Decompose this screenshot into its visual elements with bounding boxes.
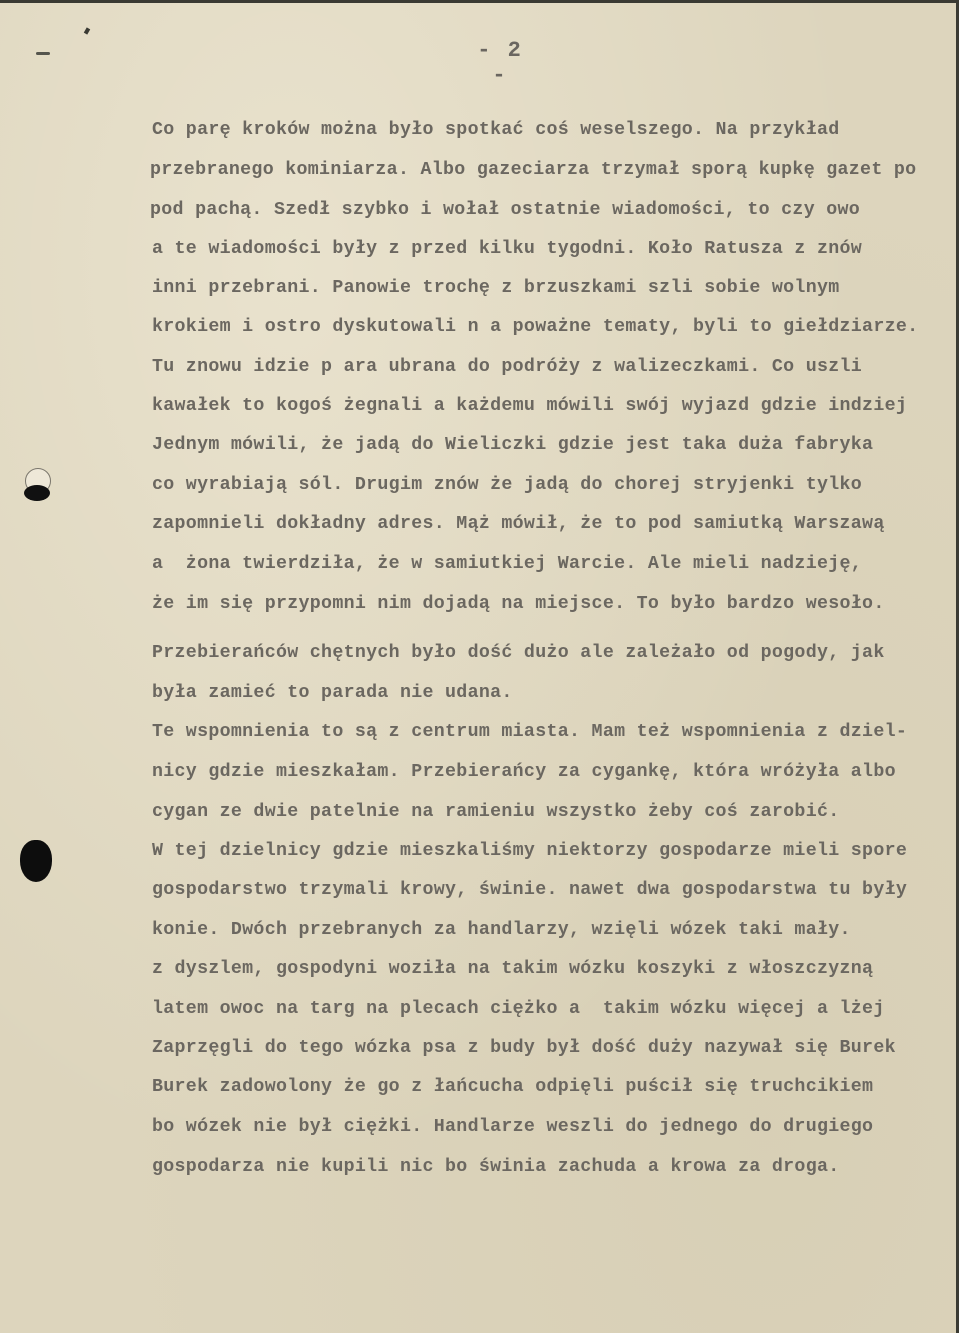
- text-line: a żona twierdziła, że w samiutkiej Warci…: [152, 552, 862, 576]
- text-line: Zaprzęgli do tego wózka psa z budy był d…: [152, 1036, 896, 1060]
- text-line: że im się przypomni nim dojadą na miejsc…: [152, 592, 885, 616]
- text-line: Przebierańców chętnych było dość dużo al…: [152, 641, 885, 665]
- text-line: latem owoc na targ na plecach ciężko a t…: [152, 997, 885, 1021]
- text-line: była zamieć to parada nie udana.: [152, 681, 513, 705]
- text-line: Co parę kroków można było spotkać coś we…: [152, 118, 840, 142]
- punch-hole-shadow-icon: [24, 485, 50, 501]
- text-line: kawałek to kogoś żegnali a każdemu mówil…: [152, 394, 907, 418]
- punch-hole-icon: [20, 840, 52, 882]
- text-line: Te wspomnienia to są z centrum miasta. M…: [152, 720, 907, 744]
- text-line: gospodarza nie kupili nic bo świnia zach…: [152, 1155, 840, 1179]
- text-line: przebranego kominiarza. Albo gazeciarza …: [150, 158, 916, 182]
- text-line: krokiem i ostro dyskutowali n a poważne …: [152, 315, 918, 339]
- document-page: - 2 - Co parę kroków można było spotkać …: [0, 0, 959, 1333]
- ink-mark: [36, 52, 50, 55]
- text-line: bo wózek nie był ciężki. Handlarze weszl…: [152, 1115, 873, 1139]
- text-line: pod pachą. Szedł szybko i wołał ostatnie…: [150, 198, 860, 222]
- text-line: Burek zadowolony że go z łańcucha odpięl…: [152, 1075, 873, 1099]
- page-number: - 2 -: [465, 38, 535, 88]
- ink-mark: [84, 27, 90, 34]
- text-line: gospodarstwo trzymali krowy, świnie. naw…: [152, 878, 907, 902]
- text-line: inni przebrani. Panowie trochę z brzuszk…: [152, 276, 840, 300]
- text-line: z dyszlem, gospodyni woziła na takim wóz…: [152, 957, 873, 981]
- text-line: co wyrabiają sól. Drugim znów że jadą do…: [152, 473, 862, 497]
- text-line: konie. Dwóch przebranych za handlarzy, w…: [152, 918, 851, 942]
- text-line: W tej dzielnicy gdzie mieszkaliśmy niekt…: [152, 839, 907, 863]
- text-line: cygan ze dwie patelnie na ramieniu wszys…: [152, 800, 840, 824]
- text-line: a te wiadomości były z przed kilku tygod…: [152, 237, 862, 261]
- scan-top-edge: [0, 0, 959, 3]
- text-line: zapomnieli dokładny adres. Mąż mówił, że…: [152, 512, 885, 536]
- text-line: nicy gdzie mieszkałam. Przebierańcy za c…: [152, 760, 896, 784]
- text-line: Jednym mówili, że jadą do Wieliczki gdzi…: [152, 433, 873, 457]
- text-line: Tu znowu idzie p ara ubrana do podróży z…: [152, 355, 862, 379]
